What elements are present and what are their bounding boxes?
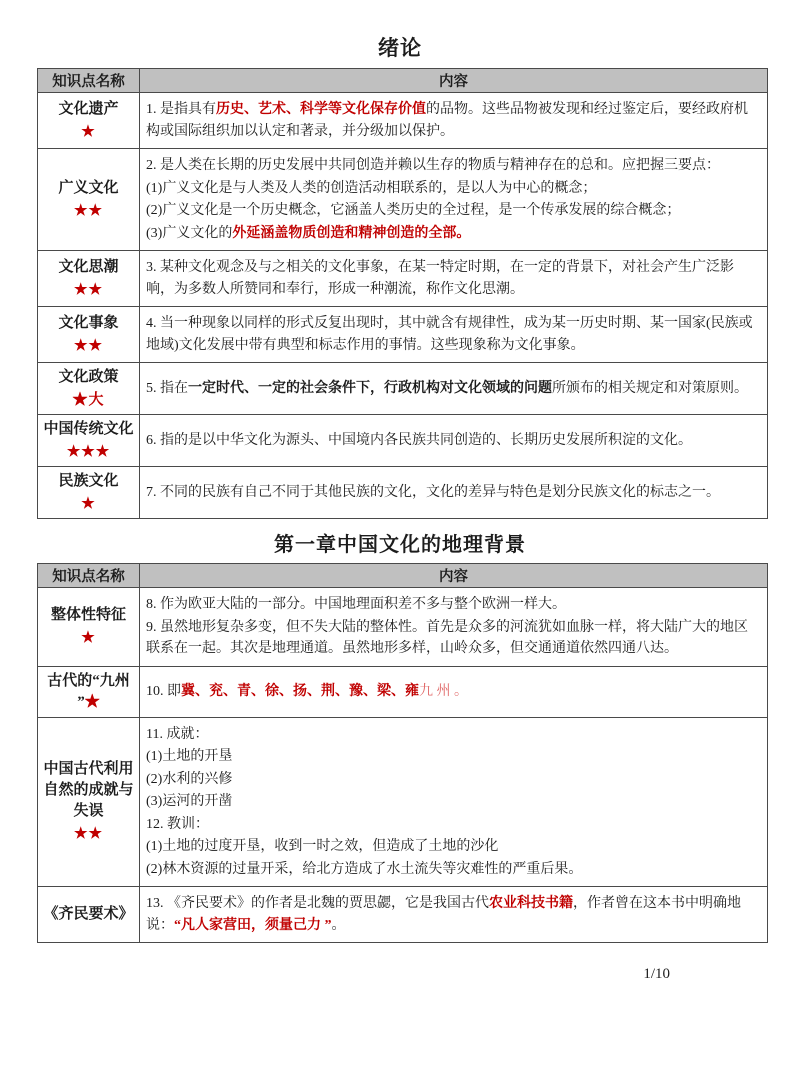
text-segment: (3)运河的开凿 xyxy=(146,794,232,809)
knowledge-point-name: 《齐民要术》 xyxy=(42,904,135,925)
text-segment: (1)土地的开垦 xyxy=(146,749,232,764)
highlighted-text: “凡人家营田，须量己力 ” xyxy=(174,918,332,933)
content-paragraph: 5. 指在一定时代、一定的社会条件下，行政机构对文化领域的问题所颁布的相关规定和… xyxy=(146,378,761,400)
content-paragraph: 3. 某种文化观念及与之相关的文化事象，在某一特定时期，在一定的背景下，对社会产… xyxy=(146,257,761,300)
importance-stars: ★大 xyxy=(42,390,135,410)
text-segment: (1)广义文化是与人类及人类的创造活动相联系的，是以人为中心的概念； xyxy=(146,181,596,196)
text-segment: 10. 即 xyxy=(146,684,181,699)
column-header-knowledge-point: 知识点名称 xyxy=(38,69,140,93)
table-row: 文化事象★★4. 当一种现象以同样的形式反复出现时，其中就含有规律性，成为某一历… xyxy=(38,307,768,363)
content-cell: 10. 即冀、兖、青、徐、扬、荆、豫、梁、雍九 州 。 xyxy=(140,666,768,717)
table-row: 文化遗产★1. 是指具有历史、艺术、科学等文化保存价值的品物。这些品物被发现和经… xyxy=(38,93,768,149)
knowledge-point-cell: 《齐民要术》 xyxy=(38,887,140,943)
importance-stars: ★★ xyxy=(42,280,135,300)
table-row: 中国古代利用自然的成就与失误★★11. 成就：(1)土地的开垦(2)水利的兴修(… xyxy=(38,717,768,887)
text-segment: 8. 作为欧亚大陆的一部分。中国地理面积差不多与整个欧洲一样大。 xyxy=(146,597,566,612)
column-header-content: 内容 xyxy=(140,69,768,93)
text-segment: (2)广义文化是一个历史概念，它涵盖人类历史的全过程，是一个传承发展的综合概念； xyxy=(146,203,680,218)
content-paragraph: 6. 指的是以中华文化为源头、中国境内各民族共同创造的、长期历史发展所积淀的文化… xyxy=(146,430,761,452)
table-row: 广义文化★★2. 是人类在长期的历史发展中共同创造并赖以生存的物质与精神存在的总… xyxy=(38,149,768,251)
content-paragraph: 2. 是人类在长期的历史发展中共同创造并赖以生存的物质与精神存在的总和。应把握三… xyxy=(146,155,761,177)
knowledge-point-cell: 文化政策★大 xyxy=(38,363,140,415)
knowledge-point-cell: 广义文化★★ xyxy=(38,149,140,251)
knowledge-point-cell: 文化事象★★ xyxy=(38,307,140,363)
document-page: 绪论 知识点名称 内容 文化遗产★1. 是指具有历史、艺术、科学等文化保存价值的… xyxy=(0,0,800,1077)
content-cell: 4. 当一种现象以同样的形式反复出现时，其中就含有规律性，成为某一历史时期、某一… xyxy=(140,307,768,363)
knowledge-point-name: 文化事象 xyxy=(42,313,135,334)
text-segment: (2)林木资源的过量开采，给北方造成了水土流失等灾难性的严重后果。 xyxy=(146,862,582,877)
knowledge-point-name: 广义文化 xyxy=(42,178,135,199)
page-number: 1/10 xyxy=(643,966,670,983)
section-title-chapter-1: 第一章中国文化的地理背景 xyxy=(0,519,800,557)
text-segment: (2)水利的兴修 xyxy=(146,772,232,787)
text-segment: 12. 教训： xyxy=(146,817,209,832)
content-paragraph: (1)土地的开垦 xyxy=(146,746,761,768)
column-header-content: 内容 xyxy=(140,564,768,588)
knowledge-point-name: 文化思潮 xyxy=(42,257,135,278)
content-cell: 3. 某种文化观念及与之相关的文化事象，在某一特定时期，在一定的背景下，对社会产… xyxy=(140,251,768,307)
text-segment: 5. 指在 xyxy=(146,381,188,396)
introduction-table-header: 知识点名称 内容 xyxy=(38,69,768,93)
content-paragraph: 4. 当一种现象以同样的形式反复出现时，其中就含有规律性，成为某一历史时期、某一… xyxy=(146,313,761,356)
knowledge-point-cell: 中国古代利用自然的成就与失误★★ xyxy=(38,717,140,887)
table-row: 文化政策★大 5. 指在一定时代、一定的社会条件下，行政机构对文化领域的问题所颁… xyxy=(38,363,768,415)
knowledge-point-cell: 中国传统文化★★★ xyxy=(38,415,140,467)
importance-stars: ★ xyxy=(42,122,135,142)
header-row: 知识点名称 内容 xyxy=(38,69,768,93)
knowledge-point-name: 民族文化 xyxy=(42,471,135,492)
text-segment: 九 州 。 xyxy=(419,684,468,699)
knowledge-point-name: 中国传统文化 xyxy=(42,419,135,440)
importance-stars: ★ xyxy=(85,694,100,710)
importance-stars: ★★ xyxy=(42,201,135,221)
text-segment: 一定时代、一定的社会条件下，行政机构对文化领域的问题 xyxy=(188,381,552,396)
text-segment: 所颁布的相关规定和对策原则。 xyxy=(552,381,748,396)
content-paragraph: (3)广义文化的外延涵盖物质创造和精神创造的全部。 xyxy=(146,223,761,245)
knowledge-point-cell: 古代的“九州 ”★ xyxy=(38,666,140,717)
content-paragraph: (1)广义文化是与人类及人类的创造活动相联系的，是以人为中心的概念； xyxy=(146,178,761,200)
importance-stars: ★ xyxy=(42,494,135,514)
knowledge-point-cell: 民族文化★ xyxy=(38,467,140,519)
content-cell: 8. 作为欧亚大陆的一部分。中国地理面积差不多与整个欧洲一样大。9. 虽然地形复… xyxy=(140,588,768,667)
text-segment: 1. 是指具有 xyxy=(146,102,216,117)
table-row: 《齐民要术》13. 《齐民要术》的作者是北魏的贾思勰，它是我国古代农业科技书籍，… xyxy=(38,887,768,943)
knowledge-point-cell: 文化遗产★ xyxy=(38,93,140,149)
text-segment: 2. 是人类在长期的历史发展中共同创造并赖以生存的物质与精神存在的总和。应把握三… xyxy=(146,158,720,173)
text-segment: 。 xyxy=(332,918,346,933)
content-paragraph: (2)水利的兴修 xyxy=(146,769,761,791)
content-paragraph: (3)运河的开凿 xyxy=(146,791,761,813)
text-segment: 4. 当一种现象以同样的形式反复出现时，其中就含有规律性，成为某一历史时期、某一… xyxy=(146,316,753,353)
content-paragraph: 1. 是指具有历史、艺术、科学等文化保存价值的品物。这些品物被发现和经过鉴定后，… xyxy=(146,99,761,142)
header-row: 知识点名称 内容 xyxy=(38,564,768,588)
table-row: 中国传统文化★★★6. 指的是以中华文化为源头、中国境内各民族共同创造的、长期历… xyxy=(38,415,768,467)
introduction-table: 知识点名称 内容 文化遗产★1. 是指具有历史、艺术、科学等文化保存价值的品物。… xyxy=(37,68,768,519)
content-paragraph: 10. 即冀、兖、青、徐、扬、荆、豫、梁、雍九 州 。 xyxy=(146,681,761,703)
highlighted-text: 外延涵盖物质创造和精神创造的全部。 xyxy=(232,226,470,241)
importance-stars: ★ xyxy=(42,628,135,648)
content-cell: 1. 是指具有历史、艺术、科学等文化保存价值的品物。这些品物被发现和经过鉴定后，… xyxy=(140,93,768,149)
knowledge-point-cell: 文化思潮★★ xyxy=(38,251,140,307)
content-cell: 2. 是人类在长期的历史发展中共同创造并赖以生存的物质与精神存在的总和。应把握三… xyxy=(140,149,768,251)
text-segment: 13. 《齐民要术》的作者是北魏的贾思勰，它是我国古代 xyxy=(146,896,489,911)
content-paragraph: 8. 作为欧亚大陆的一部分。中国地理面积差不多与整个欧洲一样大。 xyxy=(146,594,761,616)
knowledge-point-name: 中国古代利用自然的成就与失误 xyxy=(42,759,135,822)
highlighted-text: 农业科技书籍 xyxy=(489,896,573,911)
content-paragraph: 12. 教训： xyxy=(146,814,761,836)
highlighted-text: 冀、兖、青、徐、扬、荆、豫、梁、雍 xyxy=(181,684,419,699)
table-row: 古代的“九州 ”★10. 即冀、兖、青、徐、扬、荆、豫、梁、雍九 州 。 xyxy=(38,666,768,717)
content-cell: 5. 指在一定时代、一定的社会条件下，行政机构对文化领域的问题所颁布的相关规定和… xyxy=(140,363,768,415)
text-segment: 9. 虽然地形复杂多变，但不失大陆的整体性。首先是众多的河流犹如血脉一样，将大陆… xyxy=(146,620,748,657)
text-segment: (1)土地的过度开垦，收到一时之效，但造成了土地的沙化 xyxy=(146,839,498,854)
text-segment: (3)广义文化的 xyxy=(146,226,232,241)
content-paragraph: (2)林木资源的过量开采，给北方造成了水土流失等灾难性的严重后果。 xyxy=(146,859,761,881)
content-paragraph: 7. 不同的民族有自己不同于其他民族的文化，文化的差异与特色是划分民族文化的标志… xyxy=(146,482,761,504)
importance-stars: ★★ xyxy=(42,824,135,844)
content-paragraph: (2)广义文化是一个历史概念，它涵盖人类历史的全过程，是一个传承发展的综合概念； xyxy=(146,200,761,222)
text-segment: 11. 成就： xyxy=(146,727,208,742)
chapter-1-table: 知识点名称 内容 整体性特征★8. 作为欧亚大陆的一部分。中国地理面积差不多与整… xyxy=(37,563,768,943)
table-row: 整体性特征★8. 作为欧亚大陆的一部分。中国地理面积差不多与整个欧洲一样大。9.… xyxy=(38,588,768,667)
knowledge-point-cell: 整体性特征★ xyxy=(38,588,140,667)
content-cell: 7. 不同的民族有自己不同于其他民族的文化，文化的差异与特色是划分民族文化的标志… xyxy=(140,467,768,519)
content-cell: 11. 成就：(1)土地的开垦(2)水利的兴修(3)运河的开凿12. 教训：(1… xyxy=(140,717,768,887)
text-segment: 6. 指的是以中华文化为源头、中国境内各民族共同创造的、长期历史发展所积淀的文化… xyxy=(146,433,692,448)
introduction-table-body: 文化遗产★1. 是指具有历史、艺术、科学等文化保存价值的品物。这些品物被发现和经… xyxy=(38,93,768,519)
content-paragraph: 13. 《齐民要术》的作者是北魏的贾思勰，它是我国古代农业科技书籍，作者曾在这本… xyxy=(146,893,761,936)
knowledge-point-name: 古代的“九州 ”★ xyxy=(42,671,135,713)
chapter-1-table-body: 整体性特征★8. 作为欧亚大陆的一部分。中国地理面积差不多与整个欧洲一样大。9.… xyxy=(38,588,768,943)
highlighted-text: 历史、艺术、科学等文化保存价值 xyxy=(216,102,426,117)
importance-stars: ★★ xyxy=(42,336,135,356)
knowledge-point-name: 文化遗产 xyxy=(42,99,135,120)
chapter-1-table-header: 知识点名称 内容 xyxy=(38,564,768,588)
text-segment: 7. 不同的民族有自己不同于其他民族的文化，文化的差异与特色是划分民族文化的标志… xyxy=(146,485,720,500)
content-paragraph: 11. 成就： xyxy=(146,724,761,746)
content-paragraph: (1)土地的过度开垦，收到一时之效，但造成了土地的沙化 xyxy=(146,836,761,858)
knowledge-point-name: 整体性特征 xyxy=(42,605,135,626)
text-segment: 3. 某种文化观念及与之相关的文化事象，在某一特定时期，在一定的背景下，对社会产… xyxy=(146,260,734,297)
table-row: 文化思潮★★3. 某种文化观念及与之相关的文化事象，在某一特定时期，在一定的背景… xyxy=(38,251,768,307)
content-paragraph: 9. 虽然地形复杂多变，但不失大陆的整体性。首先是众多的河流犹如血脉一样，将大陆… xyxy=(146,617,761,660)
knowledge-point-name: 文化政策 xyxy=(42,367,135,388)
table-row: 民族文化★7. 不同的民族有自己不同于其他民族的文化，文化的差异与特色是划分民族… xyxy=(38,467,768,519)
column-header-knowledge-point: 知识点名称 xyxy=(38,564,140,588)
content-cell: 13. 《齐民要术》的作者是北魏的贾思勰，它是我国古代农业科技书籍，作者曾在这本… xyxy=(140,887,768,943)
section-title-introduction: 绪论 xyxy=(0,0,800,62)
importance-stars: ★★★ xyxy=(42,442,135,462)
content-cell: 6. 指的是以中华文化为源头、中国境内各民族共同创造的、长期历史发展所积淀的文化… xyxy=(140,415,768,467)
